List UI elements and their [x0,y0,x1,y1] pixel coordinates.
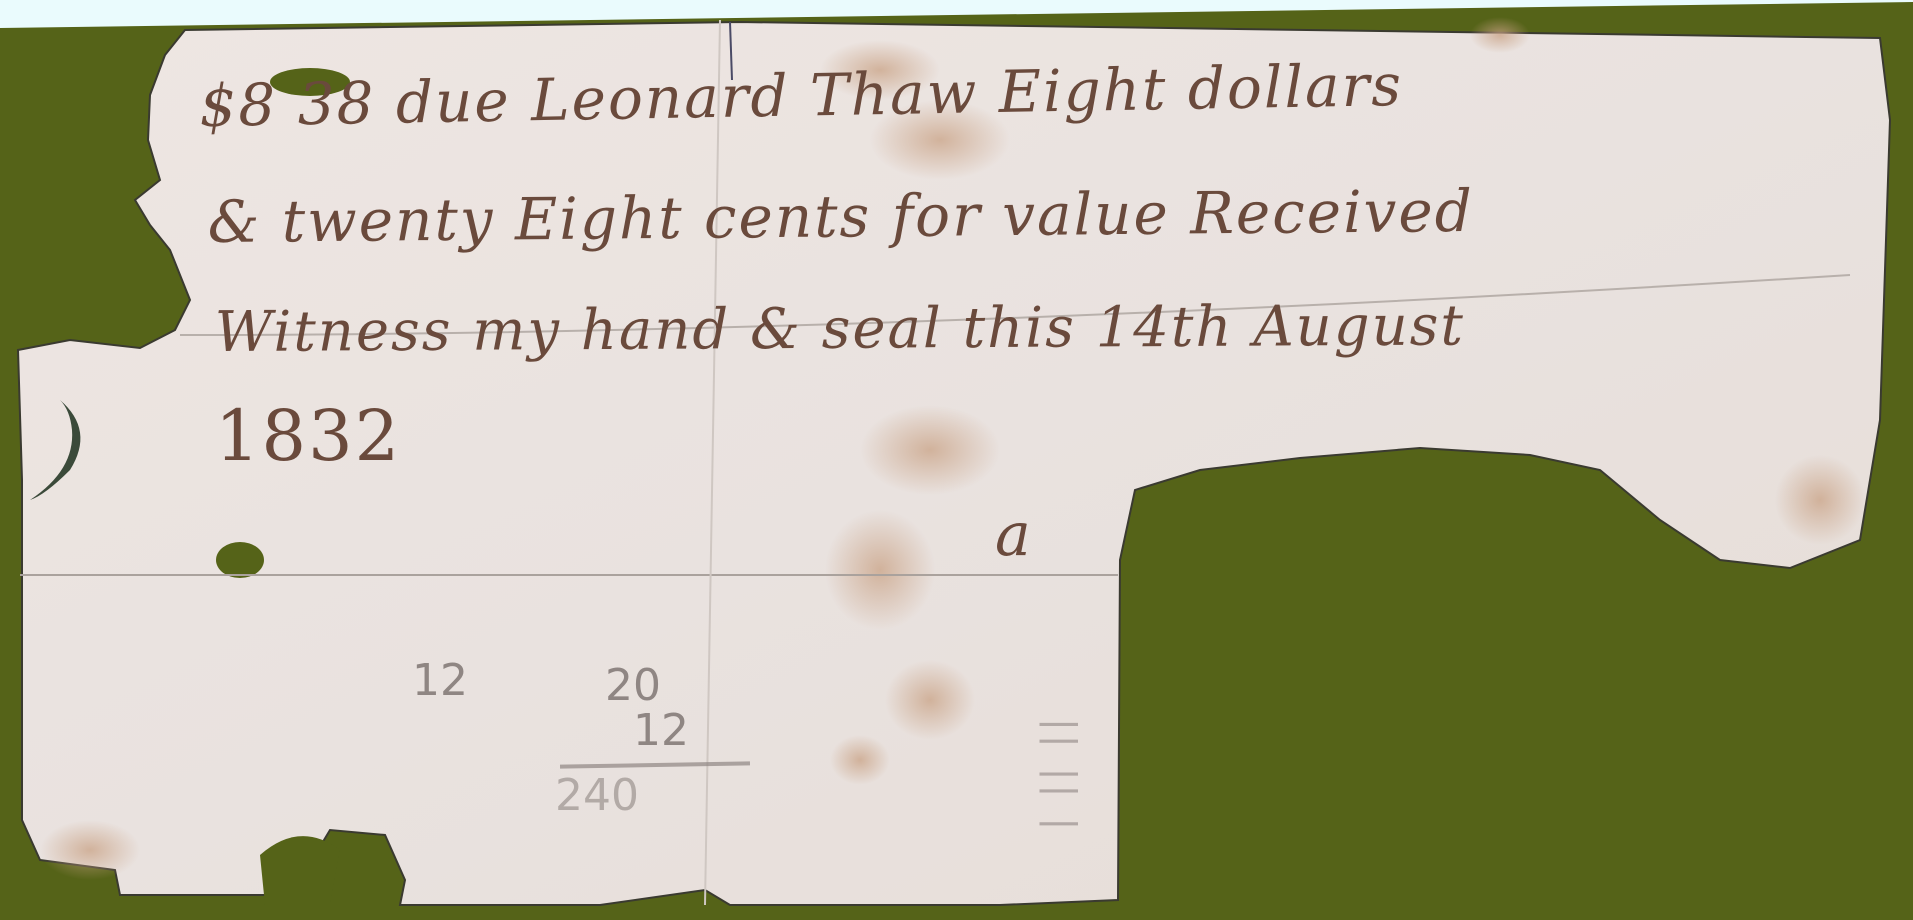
pencil-product: 240 [555,770,639,821]
pencil-multiplicand: 20 [605,660,661,711]
pencil-number-left: 12 [412,655,468,706]
note-line-2: & twenty Eight cents for value Received [207,177,1474,256]
signature-mark: a [995,500,1033,570]
pencil-tally-marks: || || | [1040,718,1084,834]
note-line-3: Witness my hand & seal this 14th August [215,293,1465,365]
note-year: 1832 [215,395,401,477]
paper-fragment: $8 38 due Leonard Thaw Eight dollars & t… [0,0,1913,920]
pencil-multiplier: 12 [633,705,689,756]
